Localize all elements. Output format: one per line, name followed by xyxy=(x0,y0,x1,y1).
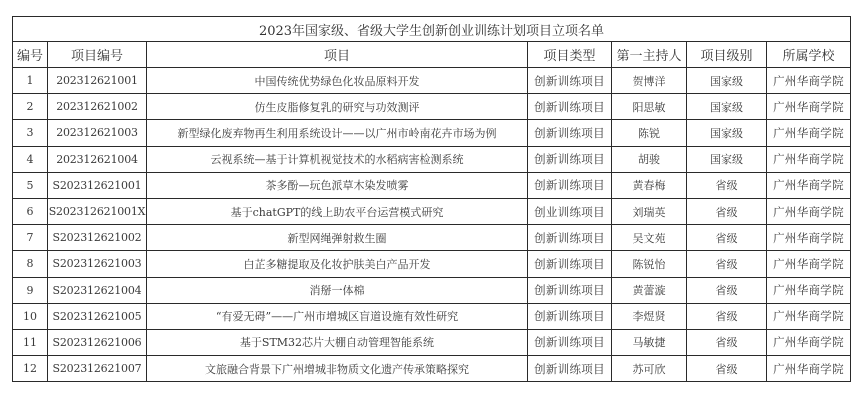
cell-type: 创新训练项目 xyxy=(528,120,612,146)
cell-no: 10 xyxy=(13,303,48,329)
cell-school: 广州华商学院 xyxy=(767,94,851,120)
cell-no: 5 xyxy=(13,172,48,198)
cell-type: 创业训练项目 xyxy=(528,198,612,224)
cell-project: 消掰一体棉 xyxy=(147,277,528,303)
column-header-code: 项目编号 xyxy=(48,42,147,68)
column-header-level: 项目级别 xyxy=(687,42,767,68)
project-table: 2023年国家级、省级大学生创新创业训练计划项目立项名单 编号 项目编号 项目 … xyxy=(12,16,851,382)
cell-host: 李煜贤 xyxy=(612,303,687,329)
cell-type: 创新训练项目 xyxy=(528,172,612,198)
cell-school: 广州华商学院 xyxy=(767,198,851,224)
column-header-host: 第一主持人 xyxy=(612,42,687,68)
cell-type: 创新训练项目 xyxy=(528,68,612,94)
table-row: 7S202312621002新型网绳弹射救生圈创新训练项目吴文苑省级广州华商学院 xyxy=(13,225,851,251)
cell-level: 省级 xyxy=(687,198,767,224)
cell-school: 广州华商学院 xyxy=(767,120,851,146)
cell-school: 广州华商学院 xyxy=(767,251,851,277)
cell-type: 创新训练项目 xyxy=(528,303,612,329)
project-list-document: 2023年国家级、省级大学生创新创业训练计划项目立项名单 编号 项目编号 项目 … xyxy=(12,16,851,382)
cell-code: S202312621003 xyxy=(48,251,147,277)
cell-project: 白芷多糖提取及化妆护肤美白产品开发 xyxy=(147,251,528,277)
table-row: 5S202312621001茶多酚—玩色派草木染发喷雾创新训练项目黄春梅省级广州… xyxy=(13,172,851,198)
cell-school: 广州华商学院 xyxy=(767,277,851,303)
cell-host: 吴文苑 xyxy=(612,225,687,251)
cell-host: 马敏捷 xyxy=(612,329,687,355)
column-header-no: 编号 xyxy=(13,42,48,68)
cell-level: 国家级 xyxy=(687,94,767,120)
cell-code: 202312621002 xyxy=(48,94,147,120)
table-row: 3202312621003新型绿化废弃物再生利用系统设计——以广州市岭南花卉市场… xyxy=(13,120,851,146)
cell-no: 3 xyxy=(13,120,48,146)
cell-no: 4 xyxy=(13,146,48,172)
cell-code: S202312621004 xyxy=(48,277,147,303)
cell-project: 仿生皮脂修复乳的研究与功效测评 xyxy=(147,94,528,120)
cell-type: 创新训练项目 xyxy=(528,277,612,303)
cell-school: 广州华商学院 xyxy=(767,356,851,382)
column-header-project: 项目 xyxy=(147,42,528,68)
cell-code: S202312621001 xyxy=(48,172,147,198)
cell-school: 广州华商学院 xyxy=(767,225,851,251)
cell-level: 省级 xyxy=(687,225,767,251)
cell-no: 1 xyxy=(13,68,48,94)
table-row: 11S202312621006基于STM32芯片大棚自动管理智能系统创新训练项目… xyxy=(13,329,851,355)
cell-host: 陈锐怡 xyxy=(612,251,687,277)
cell-code: S202312621007 xyxy=(48,356,147,382)
cell-host: 刘瑞英 xyxy=(612,198,687,224)
cell-code: S202312621002 xyxy=(48,225,147,251)
cell-no: 9 xyxy=(13,277,48,303)
cell-type: 创新训练项目 xyxy=(528,251,612,277)
cell-level: 国家级 xyxy=(687,120,767,146)
cell-code: S202312621006 xyxy=(48,329,147,355)
column-header-school: 所属学校 xyxy=(767,42,851,68)
cell-level: 省级 xyxy=(687,329,767,355)
cell-project: 茶多酚—玩色派草木染发喷雾 xyxy=(147,172,528,198)
cell-code: 202312621001 xyxy=(48,68,147,94)
cell-level: 省级 xyxy=(687,277,767,303)
cell-school: 广州华商学院 xyxy=(767,303,851,329)
cell-host: 胡骏 xyxy=(612,146,687,172)
table-header: 编号 项目编号 项目 项目类型 第一主持人 项目级别 所属学校 xyxy=(13,42,851,68)
cell-level: 省级 xyxy=(687,251,767,277)
table-row: 9S202312621004消掰一体棉创新训练项目黄蕾漩省级广州华商学院 xyxy=(13,277,851,303)
cell-no: 7 xyxy=(13,225,48,251)
cell-host: 黄蕾漩 xyxy=(612,277,687,303)
cell-school: 广州华商学院 xyxy=(767,172,851,198)
cell-no: 2 xyxy=(13,94,48,120)
cell-host: 贺博洋 xyxy=(612,68,687,94)
cell-host: 黄春梅 xyxy=(612,172,687,198)
cell-level: 省级 xyxy=(687,303,767,329)
cell-type: 创新训练项目 xyxy=(528,94,612,120)
cell-type: 创新训练项目 xyxy=(528,356,612,382)
cell-type: 创新训练项目 xyxy=(528,146,612,172)
cell-project: 文旅融合背景下广州增城非物质文化遗产传承策略探究 xyxy=(147,356,528,382)
cell-type: 创新训练项目 xyxy=(528,329,612,355)
cell-level: 省级 xyxy=(687,172,767,198)
cell-host: 陈锐 xyxy=(612,120,687,146)
cell-no: 11 xyxy=(13,329,48,355)
cell-type: 创新训练项目 xyxy=(528,225,612,251)
cell-school: 广州华商学院 xyxy=(767,329,851,355)
cell-level: 国家级 xyxy=(687,68,767,94)
table-row: 10S202312621005“有爱无碍”——广州市增城区盲道设施有效性研究创新… xyxy=(13,303,851,329)
cell-code: S202312621001X xyxy=(48,198,147,224)
cell-school: 广州华商学院 xyxy=(767,146,851,172)
cell-host: 阳思敏 xyxy=(612,94,687,120)
cell-level: 省级 xyxy=(687,356,767,382)
cell-code: 202312621003 xyxy=(48,120,147,146)
cell-project: 新型绿化废弃物再生利用系统设计——以广州市岭南花卉市场为例 xyxy=(147,120,528,146)
cell-code: S202312621005 xyxy=(48,303,147,329)
cell-no: 8 xyxy=(13,251,48,277)
cell-project: 中国传统优势绿色化妆品原料开发 xyxy=(147,68,528,94)
table-row: 6S202312621001X基于chatGPT的线上助农平台运营模式研究创业训… xyxy=(13,198,851,224)
table-row: 1202312621001中国传统优势绿色化妆品原料开发创新训练项目贺博洋国家级… xyxy=(13,68,851,94)
cell-project: 新型网绳弹射救生圈 xyxy=(147,225,528,251)
cell-no: 12 xyxy=(13,356,48,382)
cell-project: “有爱无碍”——广州市增城区盲道设施有效性研究 xyxy=(147,303,528,329)
table-title: 2023年国家级、省级大学生创新创业训练计划项目立项名单 xyxy=(13,17,851,42)
cell-school: 广州华商学院 xyxy=(767,68,851,94)
cell-no: 6 xyxy=(13,198,48,224)
table-body: 1202312621001中国传统优势绿色化妆品原料开发创新训练项目贺博洋国家级… xyxy=(13,68,851,382)
cell-code: 202312621004 xyxy=(48,146,147,172)
cell-project: 基于STM32芯片大棚自动管理智能系统 xyxy=(147,329,528,355)
cell-project: 云视系统—基于计算机视觉技术的水稻病害检测系统 xyxy=(147,146,528,172)
column-header-type: 项目类型 xyxy=(528,42,612,68)
table-row: 12S202312621007文旅融合背景下广州增城非物质文化遗产传承策略探究创… xyxy=(13,356,851,382)
table-row: 4202312621004云视系统—基于计算机视觉技术的水稻病害检测系统创新训练… xyxy=(13,146,851,172)
cell-level: 国家级 xyxy=(687,146,767,172)
cell-project: 基于chatGPT的线上助农平台运营模式研究 xyxy=(147,198,528,224)
cell-host: 苏可欣 xyxy=(612,356,687,382)
table-row: 2202312621002仿生皮脂修复乳的研究与功效测评创新训练项目阳思敏国家级… xyxy=(13,94,851,120)
table-row: 8S202312621003白芷多糖提取及化妆护肤美白产品开发创新训练项目陈锐怡… xyxy=(13,251,851,277)
